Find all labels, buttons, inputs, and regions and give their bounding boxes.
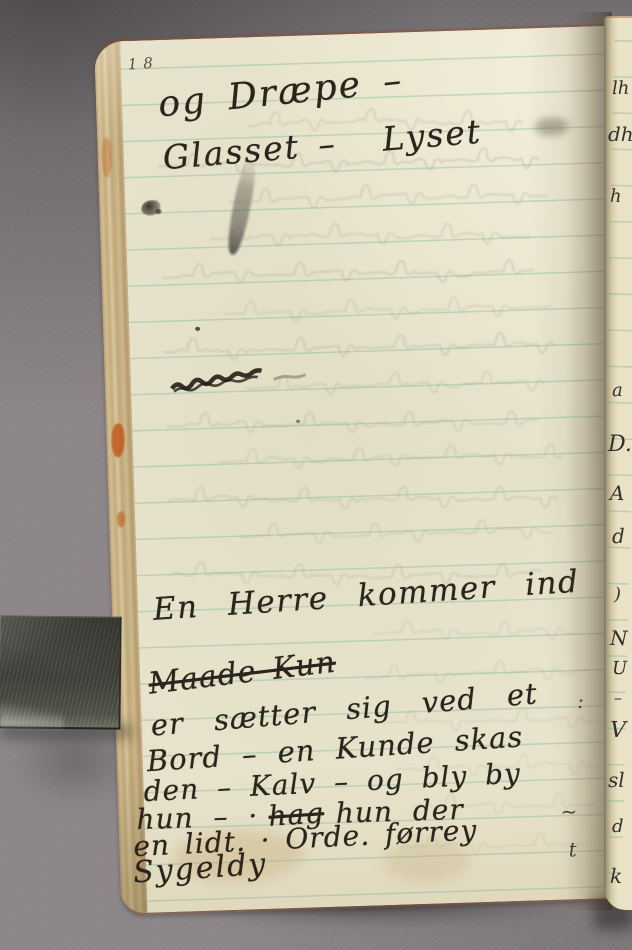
next-page-fragment: k	[610, 864, 623, 888]
next-page-fragment: d	[612, 816, 624, 837]
next-page-fragment: N	[610, 626, 628, 650]
next-page-fragment: A	[610, 481, 625, 505]
next-page-fragment: d	[612, 524, 625, 548]
manuscript-text: og Dræpe –	[156, 60, 405, 126]
manuscript-line: En Herre kommer ind	[152, 564, 581, 628]
bleedthrough-line	[217, 440, 563, 474]
bleedthrough-line	[210, 217, 531, 252]
rust-spot	[111, 423, 125, 457]
ink-speck	[195, 327, 200, 331]
notebook-page: 18 og Dræpe –Glasset –LysetEn Herre komm…	[94, 24, 632, 916]
page-number: 18	[127, 53, 159, 73]
manuscript-line: Glasset –Lyset	[161, 112, 483, 178]
next-page-fragment: –	[614, 688, 622, 707]
bleedthrough-line	[229, 180, 548, 213]
edge-ink-mark: ~	[560, 799, 578, 824]
next-page-fragment: a	[612, 380, 623, 401]
next-page-fragment: )	[614, 584, 621, 605]
manuscript-line: og Dræpe –	[156, 60, 405, 126]
manuscript-text: Lyset	[381, 112, 484, 159]
manuscript-text: Glasset –	[161, 124, 338, 177]
paper-stain	[535, 117, 570, 136]
next-page-fragment: h	[610, 186, 622, 207]
next-page-fragment: lh	[612, 78, 630, 99]
rust-spot	[117, 511, 125, 527]
manuscript-text-block: og Dræpe –Glasset –LysetEn Herre kommer …	[120, 26, 618, 42]
manuscript-text: Sygeldy	[132, 847, 268, 891]
bleedthrough-line	[168, 476, 557, 519]
clamp-sheen	[0, 700, 64, 727]
metal-clamp	[0, 615, 122, 729]
paper-surface: 18 og Dræpe –Glasset –LysetEn Herre komm…	[120, 26, 632, 913]
next-page-fragment: U	[612, 658, 628, 679]
manuscript-line: Maade Kun	[147, 648, 338, 699]
photo-surface: 18 og Dræpe –Glasset –LysetEn Herre komm…	[0, 0, 632, 950]
bleedthrough-line	[163, 327, 554, 365]
next-page-fragment: V	[610, 718, 626, 743]
next-page-fragment: D.	[608, 432, 632, 457]
bleedthrough-line	[245, 367, 545, 400]
struck-text: Maade Kun	[147, 645, 338, 702]
bleedthrough-line	[239, 515, 552, 547]
manuscript-line: Sygeldy	[132, 847, 268, 891]
rust-spot	[101, 138, 112, 178]
ink-speck	[296, 420, 300, 423]
ink-blob	[141, 200, 160, 216]
edge-ink-mark: t	[568, 837, 577, 861]
edge-ink-marks: :~t	[120, 26, 618, 42]
bleedthrough-line	[372, 615, 575, 645]
next-page-sliver: lhdhhaD.Ad)NU–Vsldk	[604, 16, 632, 910]
bleedthrough-line	[161, 254, 534, 291]
manuscript-text: En Herre kommer ind	[152, 564, 581, 628]
edge-ink-mark: :	[577, 689, 585, 713]
next-page-fragment: sl	[608, 768, 625, 792]
next-page-fragment: dh	[608, 122, 632, 146]
bleedthrough-line	[222, 292, 551, 325]
bleedthrough-line	[166, 402, 539, 440]
